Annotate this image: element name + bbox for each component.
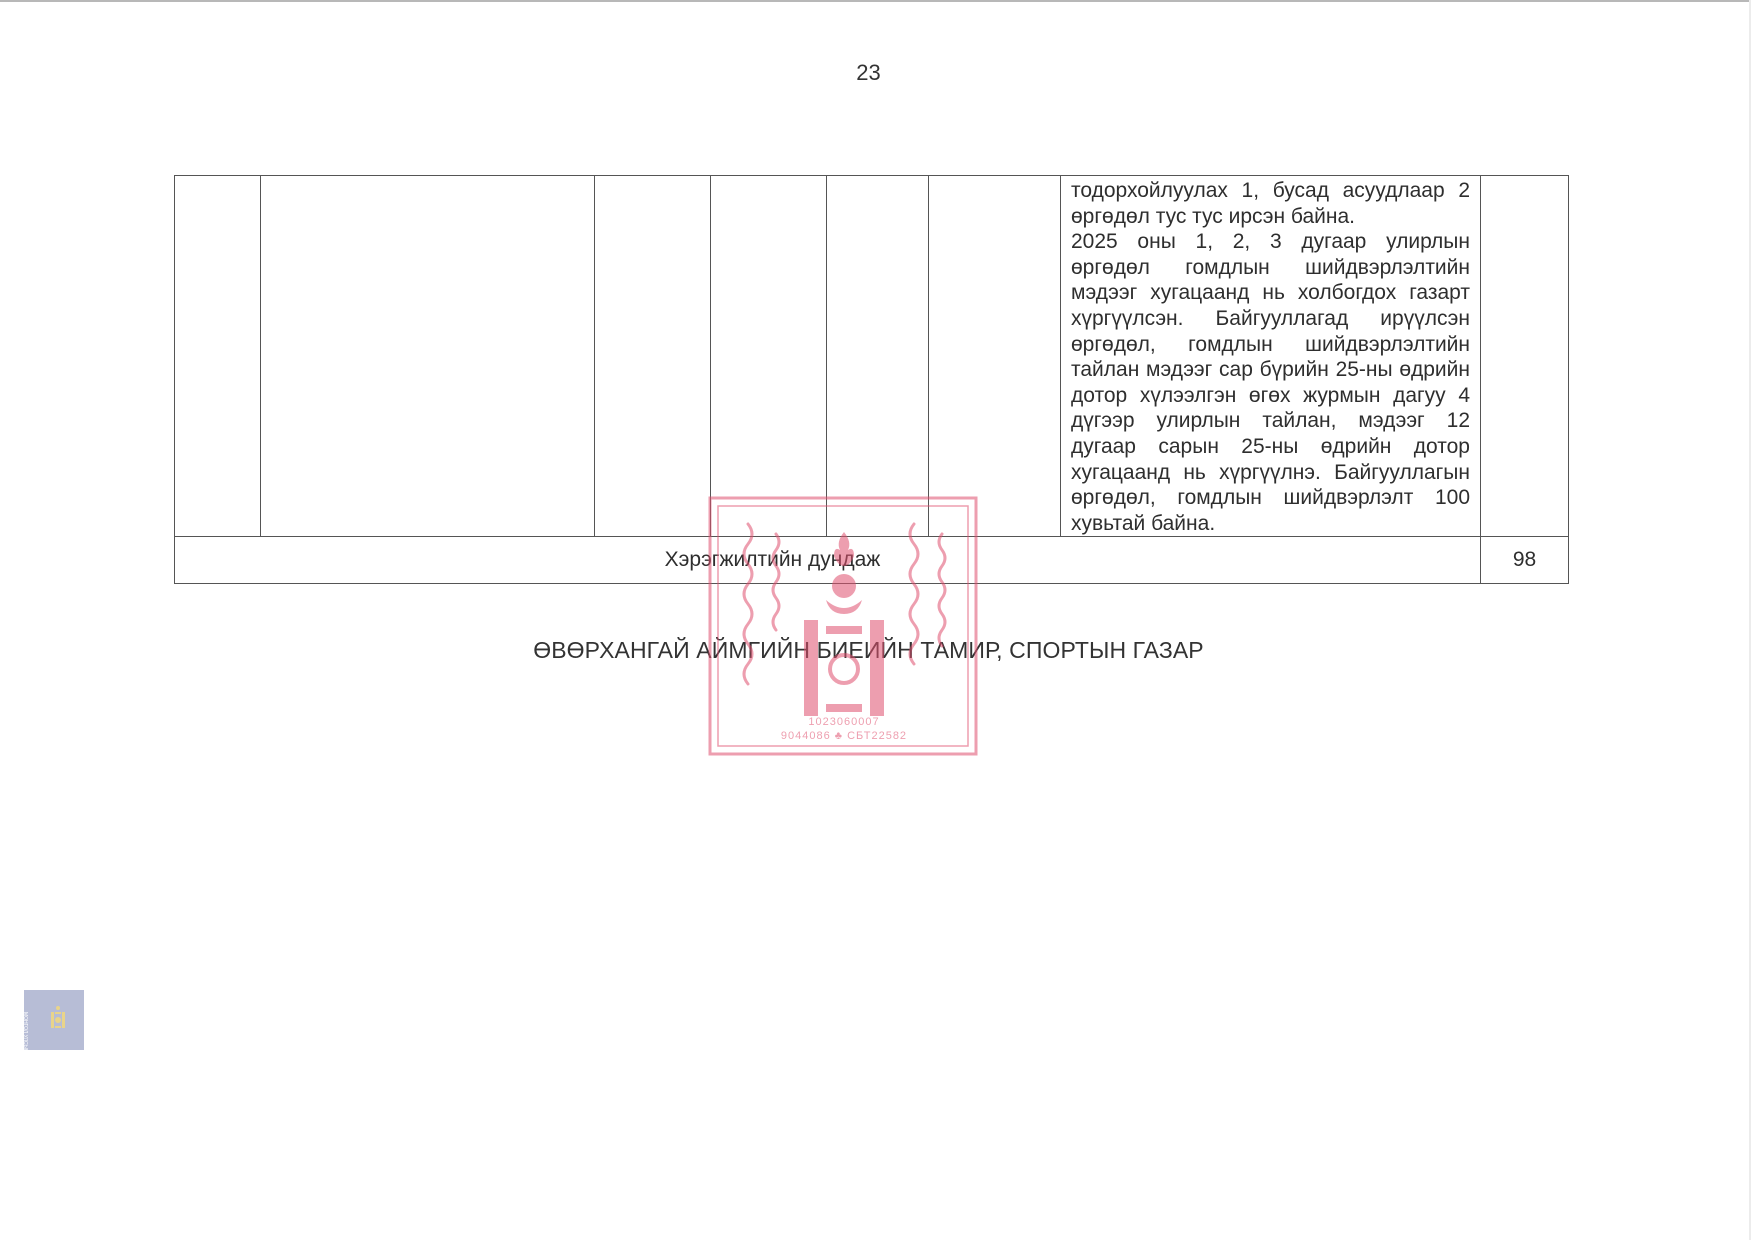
description-paragraph: 2025 оны 1, 2, 3 дугаар улирлын өргөдөл … xyxy=(1071,229,1470,536)
cell-index xyxy=(175,176,261,537)
stamp-registry-number: 1023060007 xyxy=(708,716,980,728)
summary-value: 98 xyxy=(1481,537,1569,584)
cell-col6 xyxy=(929,176,1061,537)
summary-row: Хэрэгжилтийн дундаж 98 xyxy=(175,537,1569,584)
cell-col4 xyxy=(711,176,827,537)
organization-title: ӨВӨРХАНГАЙ АЙМГИЙН БИЕИЙН ТАМИР, СПОРТЫН… xyxy=(0,637,1737,664)
cell-col3 xyxy=(595,176,711,537)
cell-col5 xyxy=(827,176,929,537)
government-logo: МОНГОЛ УЛСЫН ЗАСГИЙН ГАЗАР xyxy=(24,990,84,1050)
description-paragraph: тодорхойлуулах 1, бусад асуудлаар 2 өргө… xyxy=(1071,178,1470,229)
cell-score xyxy=(1481,176,1569,537)
page-number: 23 xyxy=(0,60,1737,86)
cell-implementation-description: тодорхойлуулах 1, бусад асуудлаар 2 өргө… xyxy=(1061,176,1481,537)
table-row: тодорхойлуулах 1, бусад асуудлаар 2 өргө… xyxy=(175,176,1569,537)
cell-task xyxy=(261,176,595,537)
stamp-codes: 9044086 ♣ СБТ22582 xyxy=(708,730,980,742)
scan-top-edge xyxy=(0,0,1751,2)
summary-label: Хэрэгжилтийн дундаж xyxy=(175,537,1481,584)
soyombo-icon xyxy=(24,990,84,1050)
report-table: тодорхойлуулах 1, бусад асуудлаар 2 өргө… xyxy=(174,175,1569,584)
